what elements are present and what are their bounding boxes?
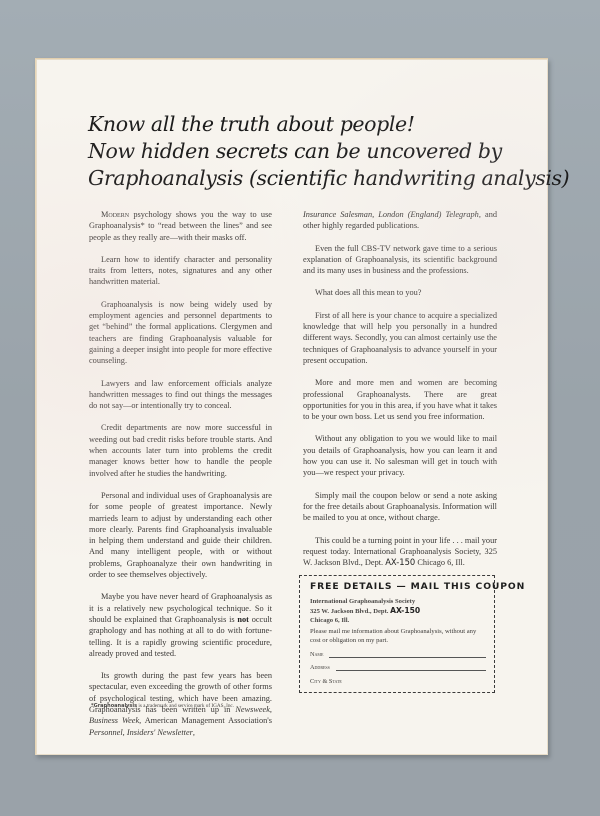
paragraph-more-and-more: More and more men and women are becoming… bbox=[303, 377, 497, 422]
address-write-line[interactable] bbox=[336, 664, 486, 671]
coupon-department-code: AX-150 bbox=[390, 606, 420, 615]
headline-line-2: Now hidden secrets can be uncovered by bbox=[88, 138, 528, 165]
left-text-column: Modern psychology shows you the way to u… bbox=[89, 209, 272, 749]
paragraph-question: What does all this mean to you? bbox=[303, 287, 497, 298]
paragraph-text: , American Management Association's bbox=[139, 716, 272, 725]
paragraph-employment: Graphoanalysis is now being widely used … bbox=[89, 299, 272, 367]
address-text: 325 W. Jackson Blvd., Dept. bbox=[310, 608, 390, 615]
paragraph-without-obligation: Without any obligation to you we would l… bbox=[303, 433, 497, 478]
paragraph-personal: Personal and individual uses of Graphoan… bbox=[89, 490, 272, 580]
trademark-footnote: *Graphoanalysis is a trademark and servi… bbox=[91, 703, 291, 709]
coupon-city-state-field[interactable]: City & State bbox=[310, 678, 486, 685]
coupon-address-field[interactable]: Address bbox=[310, 664, 486, 671]
footnote-text: is a trademark and service mark of IGAS,… bbox=[137, 703, 234, 709]
paragraph-maybe: Maybe you have never heard of Graphoanal… bbox=[89, 591, 272, 659]
separator: , bbox=[193, 728, 195, 737]
emphasis-not: not bbox=[237, 615, 249, 624]
city-state-label: City & State bbox=[310, 678, 342, 685]
headline-line-3: Graphoanalysis (scientific handwriting a… bbox=[88, 165, 528, 192]
paragraph-first-of-all: First of all here is your chance to acqu… bbox=[303, 310, 497, 366]
coupon-name-field[interactable]: Name bbox=[310, 651, 486, 658]
coupon-title: FREE DETAILS — MAIL THIS COUPON bbox=[310, 581, 525, 592]
paragraph-credit: Credit departments are now more successf… bbox=[89, 422, 272, 478]
coupon-message: Please mail me information about Graphoa… bbox=[310, 628, 488, 646]
paragraph-lawyers: Lawyers and law enforcement officials an… bbox=[89, 378, 272, 412]
department-code: AX-150 bbox=[385, 557, 415, 567]
coupon-address: International Graphoanalysis Society 325… bbox=[310, 598, 420, 625]
paragraph-text: Chicago 6, Ill. bbox=[415, 558, 465, 567]
paragraph-learn: Learn how to identify character and pers… bbox=[89, 254, 272, 288]
coupon-address-line-3: Chicago 6, Ill. bbox=[310, 617, 420, 626]
paragraph-turning-point: This could be a turning point in your li… bbox=[303, 535, 497, 569]
name-write-line[interactable] bbox=[329, 651, 486, 658]
paragraph-cbs: Even the full CBS-TV network gave time t… bbox=[303, 243, 497, 277]
name-label: Name bbox=[310, 651, 323, 658]
paragraph-publications: Insurance Salesman, London (England) Tel… bbox=[303, 209, 497, 232]
headline-line-1: Know all the truth about people! bbox=[88, 111, 528, 138]
right-text-column: Insurance Salesman, London (England) Tel… bbox=[303, 209, 497, 579]
lead-word: Modern bbox=[101, 210, 129, 219]
handwritten-headline: Know all the truth about people! Now hid… bbox=[88, 111, 528, 192]
publication-personnel: Personnel bbox=[89, 728, 123, 737]
footnote-mark: *Graphoanalysis bbox=[91, 703, 137, 709]
publication-business-week: Business Week bbox=[89, 716, 139, 725]
mail-coupon[interactable]: FREE DETAILS — MAIL THIS COUPON Internat… bbox=[299, 575, 495, 693]
paragraph-simply-mail: Simply mail the coupon below or send a n… bbox=[303, 490, 497, 524]
publication-insiders-newsletter: Insiders' Newsletter bbox=[127, 728, 193, 737]
publication-insurance-salesman: Insurance Salesman, London (England) Tel… bbox=[303, 210, 479, 219]
paragraph-modern-psychology: Modern psychology shows you the way to u… bbox=[89, 209, 272, 243]
magazine-back-cover: Know all the truth about people! Now hid… bbox=[35, 58, 548, 755]
address-label: Address bbox=[310, 664, 330, 671]
coupon-address-line-2: 325 W. Jackson Blvd., Dept. AX-150 bbox=[310, 607, 420, 617]
